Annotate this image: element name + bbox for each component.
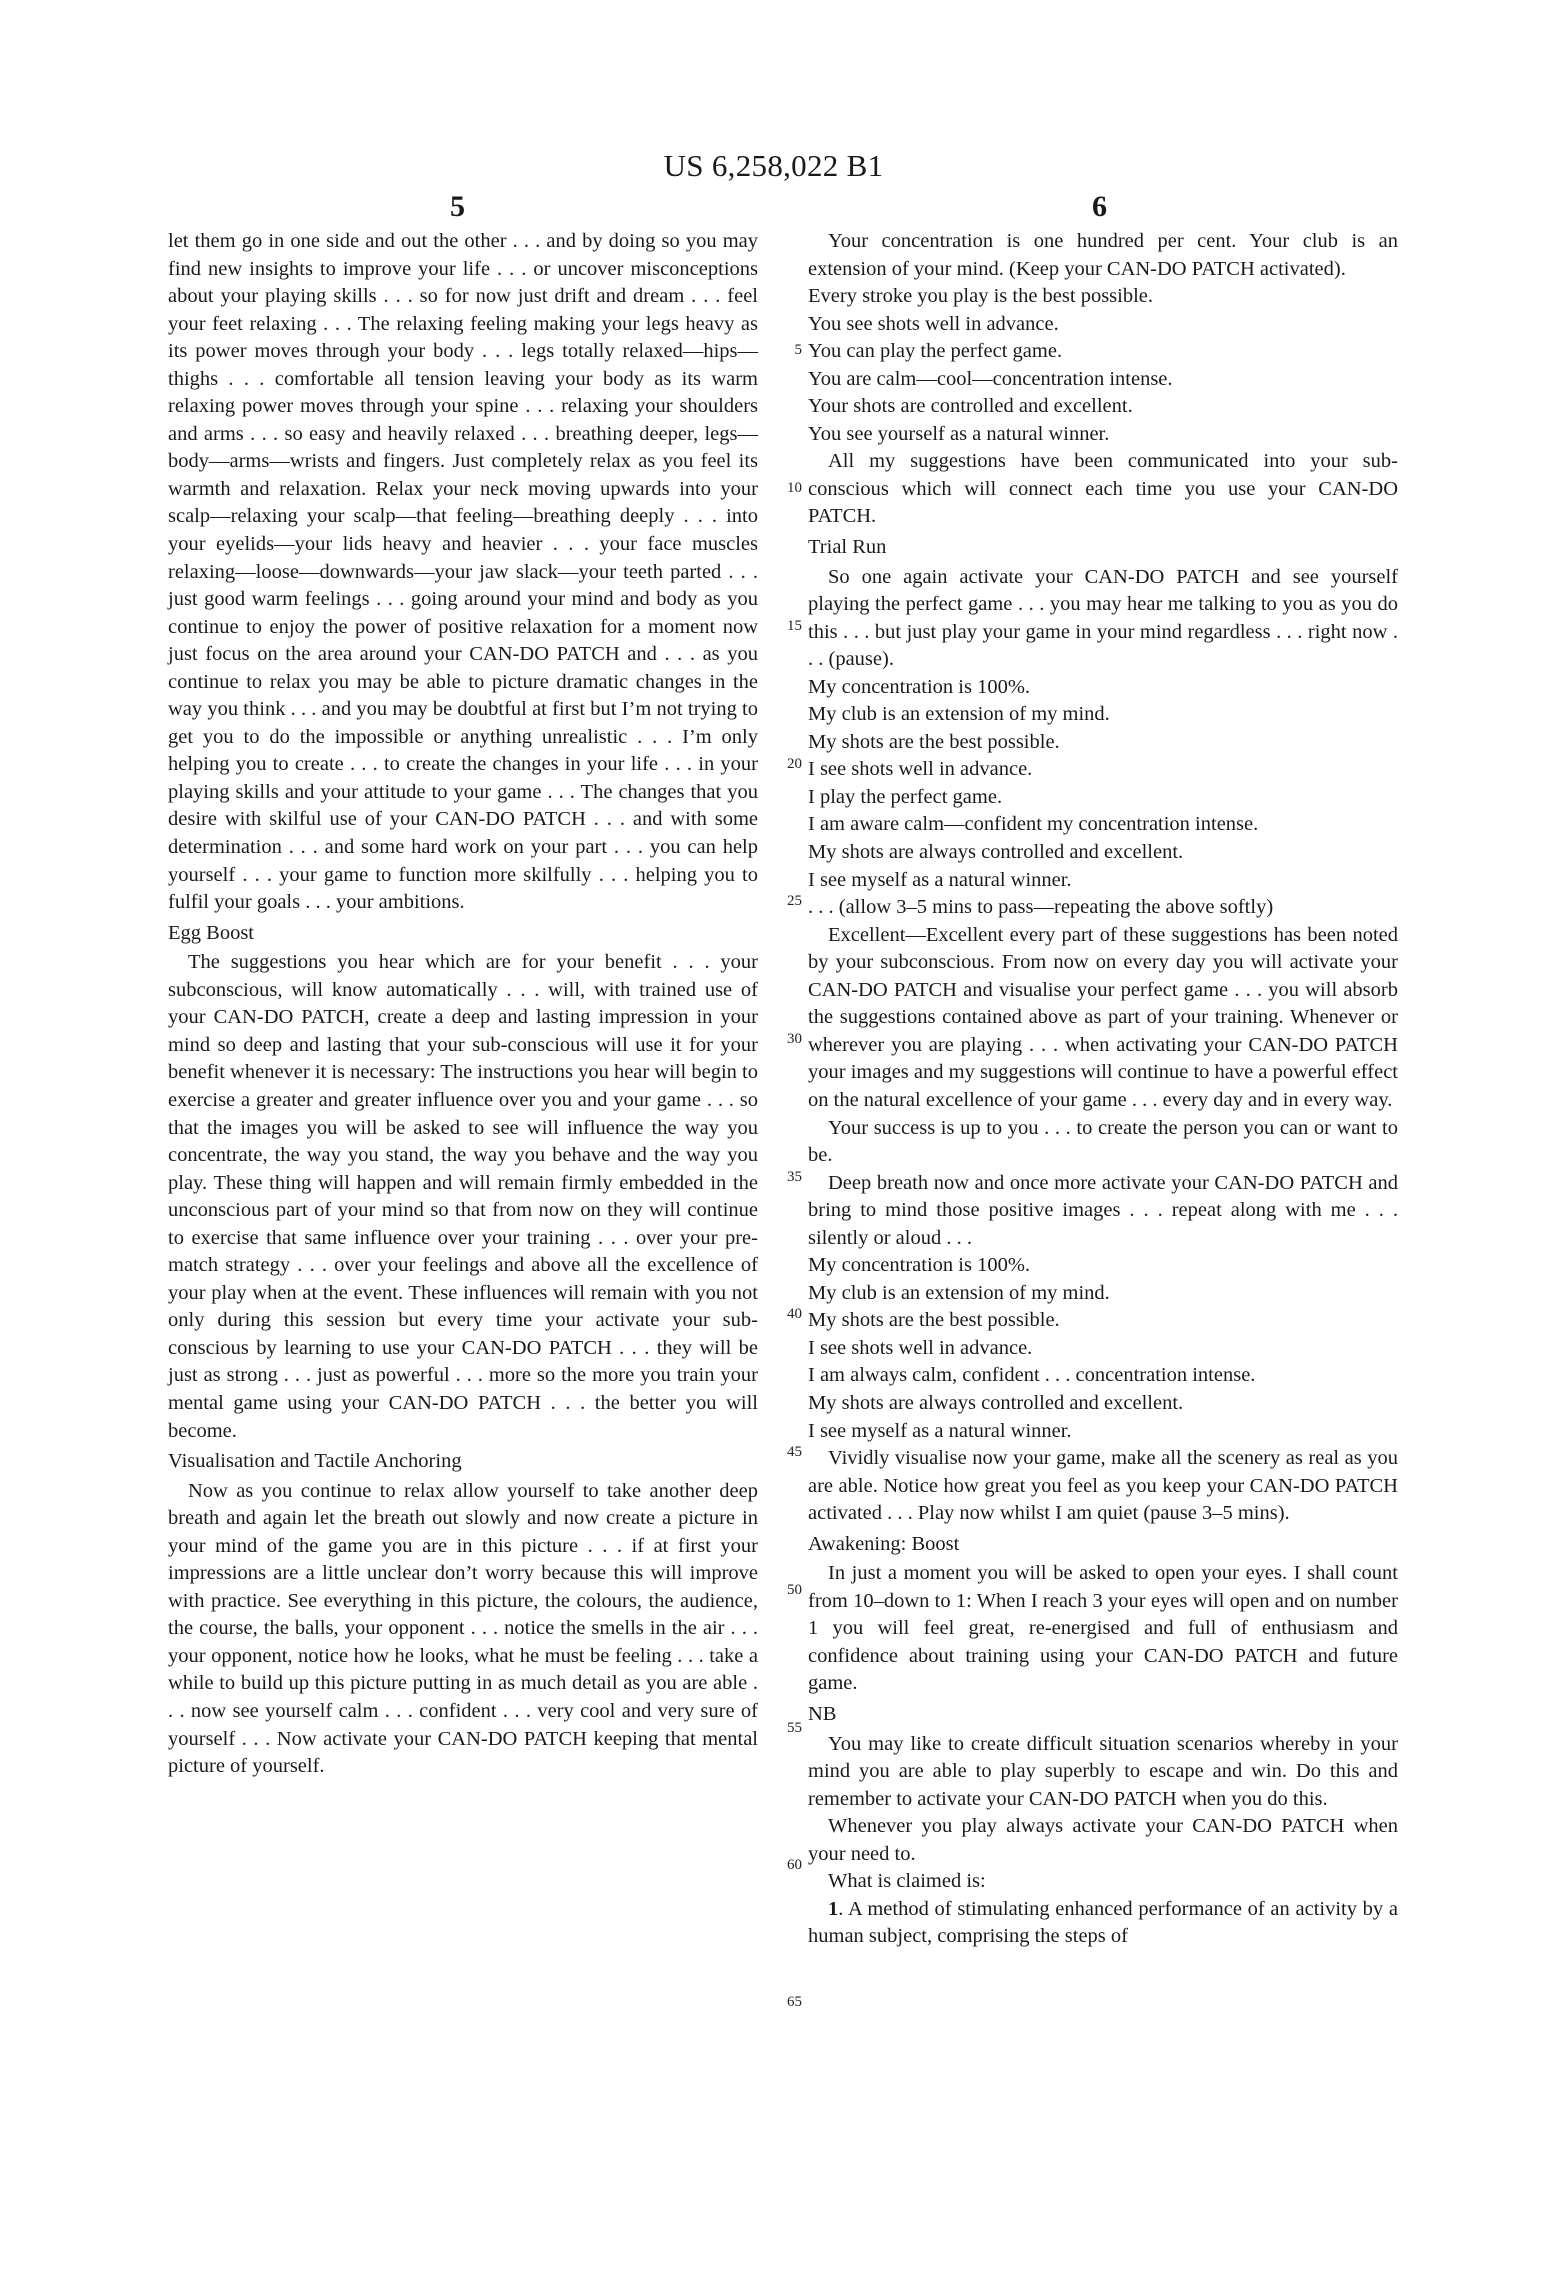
line-number: 50 bbox=[787, 1582, 802, 1599]
line-number: 40 bbox=[787, 1306, 802, 1323]
claim-1: 1. A method of stimulating enhanced perf… bbox=[808, 1896, 1398, 1951]
paragraph-scenarios: You may like to create difficult situati… bbox=[808, 1731, 1398, 1814]
line-number: 60 bbox=[787, 1857, 802, 1874]
affirmation-line: . . . (allow 3–5 mins to pass—repeating … bbox=[808, 894, 1398, 922]
paragraph-concentration: Your concentration is one hundred per ce… bbox=[808, 228, 1398, 283]
column-number-left: 5 bbox=[450, 190, 465, 224]
affirmation-line: My club is an extension of my mind. bbox=[808, 1280, 1398, 1308]
paragraph-whenever-play: Whenever you play always activate your C… bbox=[808, 1813, 1398, 1868]
line-number: 45 bbox=[787, 1444, 802, 1461]
affirmation-line: Every stroke you play is the best possib… bbox=[808, 283, 1398, 311]
paragraph-suggestions-communicated: All my suggestions have been communicate… bbox=[808, 448, 1398, 531]
paragraph-success: Your success is up to you . . . to creat… bbox=[808, 1115, 1398, 1170]
line-number: 15 bbox=[787, 618, 802, 635]
affirmation-line: I see myself as a natural winner. bbox=[808, 1418, 1398, 1446]
paragraph-vividly-visualise: Vividly visualise now your game, make al… bbox=[808, 1445, 1398, 1528]
left-text-column: let them go in one side and out the othe… bbox=[168, 228, 758, 1781]
paragraph-egg-boost: The suggestions you hear which are for y… bbox=[168, 949, 758, 1445]
affirmation-line: My shots are the best possible. bbox=[808, 729, 1398, 757]
affirmation-line: You are calm—cool—concentration intense. bbox=[808, 366, 1398, 394]
paragraph-deep-breath: Deep breath now and once more activate y… bbox=[808, 1170, 1398, 1253]
affirmation-line: You can play the perfect game. bbox=[808, 338, 1398, 366]
affirmation-line: I play the perfect game. bbox=[808, 784, 1398, 812]
line-number: 20 bbox=[787, 756, 802, 773]
affirmation-line: I am aware calm—confident my concentrati… bbox=[808, 811, 1398, 839]
affirmation-line: My concentration is 100%. bbox=[808, 1252, 1398, 1280]
affirmation-line: I see shots well in advance. bbox=[808, 1335, 1398, 1363]
claim-number: 1 bbox=[828, 1898, 838, 1920]
line-number: 10 bbox=[787, 480, 802, 497]
paragraph-visualisation: Now as you continue to relax allow yours… bbox=[168, 1478, 758, 1781]
line-number: 30 bbox=[787, 1031, 802, 1048]
line-number: 35 bbox=[787, 1169, 802, 1186]
section-heading-visualisation: Visualisation and Tactile Anchoring bbox=[168, 1448, 758, 1476]
paragraph-relaxation: let them go in one side and out the othe… bbox=[168, 228, 758, 917]
affirmation-line: I am always calm, confident . . . concen… bbox=[808, 1362, 1398, 1390]
affirmation-line: You see yourself as a natural winner. bbox=[808, 421, 1398, 449]
section-heading-trial-run: Trial Run bbox=[808, 534, 1398, 562]
claims-intro: What is claimed is: bbox=[808, 1868, 1398, 1896]
affirmation-line: My shots are always controlled and excel… bbox=[808, 1390, 1398, 1418]
line-number: 25 bbox=[787, 893, 802, 910]
patent-number: US 6,258,022 B1 bbox=[0, 148, 1547, 184]
affirmation-line: I see myself as a natural winner. bbox=[808, 867, 1398, 895]
paragraph-trial-run: So one again activate your CAN-DO PATCH … bbox=[808, 564, 1398, 674]
affirmation-line: Your shots are controlled and excellent. bbox=[808, 393, 1398, 421]
affirmation-line: My club is an extension of my mind. bbox=[808, 701, 1398, 729]
affirmation-line: My shots are the best possible. bbox=[808, 1307, 1398, 1335]
affirmation-line: My shots are always controlled and excel… bbox=[808, 839, 1398, 867]
affirmation-line: My concentration is 100%. bbox=[808, 674, 1398, 702]
paragraph-excellent: Excellent—Excellent every part of these … bbox=[808, 922, 1398, 1115]
section-heading-awakening: Awakening: Boost bbox=[808, 1531, 1398, 1559]
affirmation-line: You see shots well in advance. bbox=[808, 311, 1398, 339]
section-heading-nb: NB bbox=[808, 1701, 1398, 1729]
line-number: 5 bbox=[795, 342, 803, 359]
paragraph-awakening: In just a moment you will be asked to op… bbox=[808, 1560, 1398, 1698]
claim-text: . A method of stimulating enhanced perfo… bbox=[808, 1898, 1398, 1948]
column-number-right: 6 bbox=[1092, 190, 1107, 224]
affirmation-line: I see shots well in advance. bbox=[808, 756, 1398, 784]
section-heading-egg-boost: Egg Boost bbox=[168, 920, 758, 948]
line-number: 55 bbox=[787, 1720, 802, 1737]
line-number: 65 bbox=[787, 1994, 802, 2011]
right-text-column: Your concentration is one hundred per ce… bbox=[808, 228, 1398, 1951]
